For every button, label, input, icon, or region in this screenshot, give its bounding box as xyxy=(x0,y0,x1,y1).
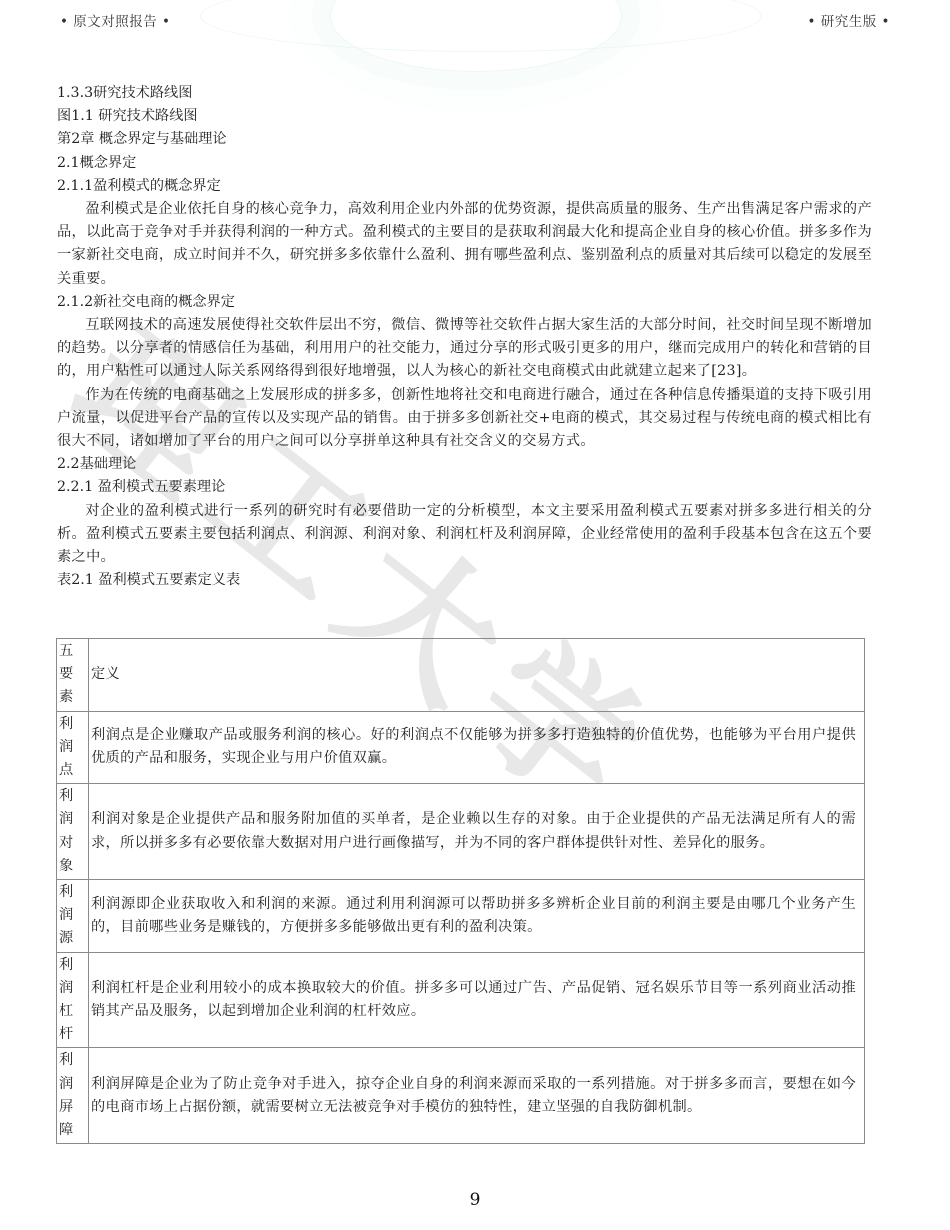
header-decoration xyxy=(330,0,622,72)
table-row: 利润点 利润点是企业赚取产品或服务利润的核心。好的利润点不仅能够为拼多多打造独特… xyxy=(57,711,865,784)
table-header-row: 五要素 定义 xyxy=(57,639,865,712)
table-caption: 表2.1 盈利模式五要素定义表 xyxy=(57,569,872,592)
element-cell: 利润杠杆 xyxy=(57,952,89,1048)
paragraph-social-ecommerce-b: 作为在传统的电商基础之上发展形成的拼多多，创新性地将社交和电商进行融合，通过在各… xyxy=(57,384,872,454)
element-cell: 利润源 xyxy=(57,880,89,953)
figure-caption: 图1.1 研究技术路线图 xyxy=(57,105,872,128)
table-row: 利润源 利润源即企业获取收入和利润的来源。通过利用利润源可以帮助拼多多辨析企业目… xyxy=(57,880,865,953)
running-head-right: • 研究生版 • xyxy=(807,10,890,30)
definition-cell: 利润对象是企业提供产品和服务附加值的买单者，是企业赖以生存的对象。由于企业提供的… xyxy=(89,784,865,880)
element-cell: 利润点 xyxy=(57,711,89,784)
table-row: 利润对象 利润对象是企业提供产品和服务附加值的买单者，是企业赖以生存的对象。由于… xyxy=(57,784,865,880)
section-heading-2-1-2: 2.1.2新社交电商的概念界定 xyxy=(57,291,872,314)
definition-cell: 利润杠杆是企业利用较小的成本换取较大的价值。拼多多可以通过广告、产品促销、冠名娱… xyxy=(89,952,865,1048)
section-heading-2-2: 2.2基础理论 xyxy=(57,453,872,476)
definition-cell: 利润源即企业获取收入和利润的来源。通过利用利润源可以帮助拼多多辨析企业目前的利润… xyxy=(89,880,865,953)
section-heading-2-2-1: 2.2.1 盈利模式五要素理论 xyxy=(57,476,872,499)
header-cell-element: 五要素 xyxy=(57,639,89,712)
five-elements-table: 五要素 定义 利润点 利润点是企业赚取产品或服务利润的核心。好的利润点不仅能够为… xyxy=(56,638,865,1144)
section-heading-2-1: 2.1概念界定 xyxy=(57,152,872,175)
header-cell-definition: 定义 xyxy=(89,639,865,712)
paragraph-social-ecommerce-a: 互联网技术的高速发展使得社交软件层出不穷，微信、微博等社交软件占据大家生活的大部… xyxy=(57,314,872,384)
chapter-heading: 第2章 概念界定与基础理论 xyxy=(57,128,872,151)
heading-1-3-3: 1.3.3研究技术路线图 xyxy=(57,82,872,105)
paragraph-five-elements: 对企业的盈利模式进行一系列的研究时有必要借助一定的分析模型，本文主要采用盈利模式… xyxy=(57,500,872,570)
definition-cell: 利润屏障是企业为了防止竞争对手进入，掠夺企业自身的利润来源而采取的一系列措施。对… xyxy=(89,1048,865,1144)
running-head-left: • 原文对照报告 • xyxy=(60,10,171,30)
table-row: 利润屏障 利润屏障是企业为了防止竞争对手进入，掠夺企业自身的利润来源而采取的一系… xyxy=(57,1048,865,1144)
document-body: 1.3.3研究技术路线图 图1.1 研究技术路线图 第2章 概念界定与基础理论 … xyxy=(57,82,872,592)
page-number: 9 xyxy=(0,1190,950,1210)
table-row: 利润杠杆 利润杠杆是企业利用较小的成本换取较大的价值。拼多多可以通过广告、产品促… xyxy=(57,952,865,1048)
element-cell: 利润对象 xyxy=(57,784,89,880)
element-cell: 利润屏障 xyxy=(57,1048,89,1144)
section-heading-2-1-1: 2.1.1盈利模式的概念界定 xyxy=(57,175,872,198)
definition-cell: 利润点是企业赚取产品或服务利润的核心。好的利润点不仅能够为拼多多打造独特的价值优… xyxy=(89,711,865,784)
paragraph-profit-model-definition: 盈利模式是企业依托自身的核心竞争力，高效利用企业内外部的优势资源，提供高质量的服… xyxy=(57,198,872,291)
